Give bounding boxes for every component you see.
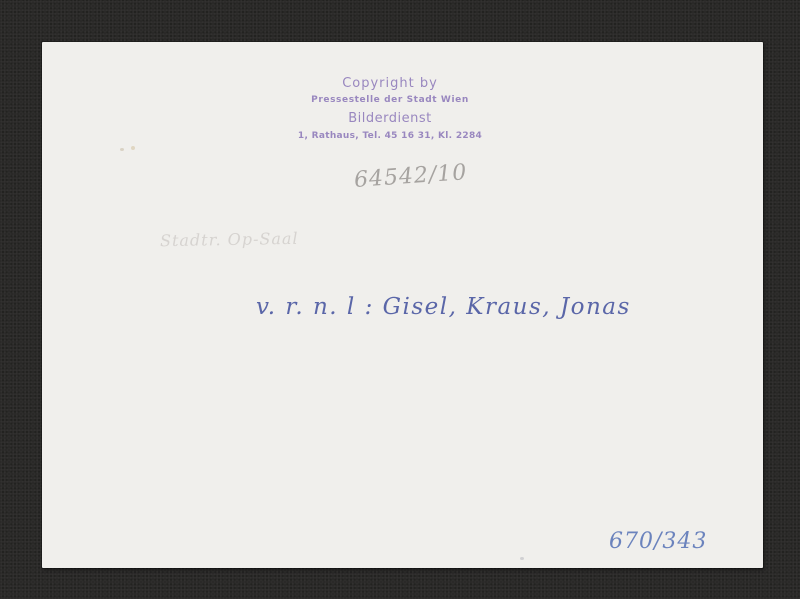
stamp-address-line: 1, Rathaus, Tel. 45 16 31, Kl. 2284 — [250, 132, 530, 141]
stamp-agency-line: Pressestelle der Stadt Wien — [250, 96, 530, 105]
handwritten-caption: v. r. n. l : Gisel, Kraus, Jonas — [256, 294, 631, 320]
photo-card-back: Copyright by Pressestelle der Stadt Wien… — [42, 42, 763, 568]
stamp-copyright-line: Copyright by — [250, 77, 530, 90]
faint-pencil-note: Stadtr. Op-Saal — [160, 229, 299, 250]
stamp-service-line: Bilderdienst — [250, 112, 530, 125]
pencil-inventory-number: 64542/10 — [353, 160, 468, 193]
paper-speck — [520, 557, 524, 560]
paper-speck — [120, 148, 124, 151]
paper-speck — [131, 146, 135, 150]
archive-number: 670/343 — [609, 529, 707, 554]
